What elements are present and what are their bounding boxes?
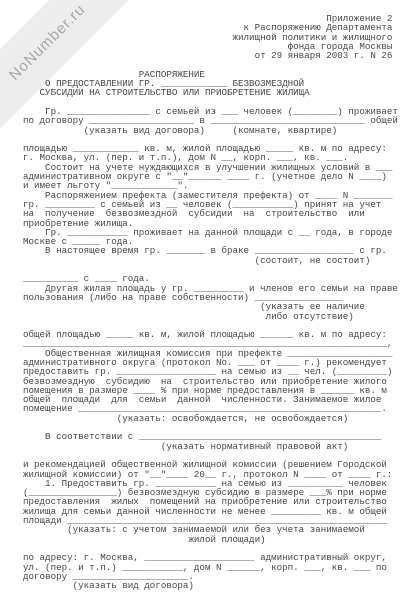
- document-title: РАСПОРЯЖЕНИЕ О ПРЕДОСТАВЛЕНИИ ГР. ______…: [23, 60, 398, 97]
- document-body: Гр. _______________ с семьей из ___ чело…: [23, 98, 398, 591]
- order-document: Приложение 2 к Распоряжению Департамента…: [23, 14, 398, 590]
- appendix-header: Приложение 2 к Распоряжению Департамента…: [23, 14, 398, 60]
